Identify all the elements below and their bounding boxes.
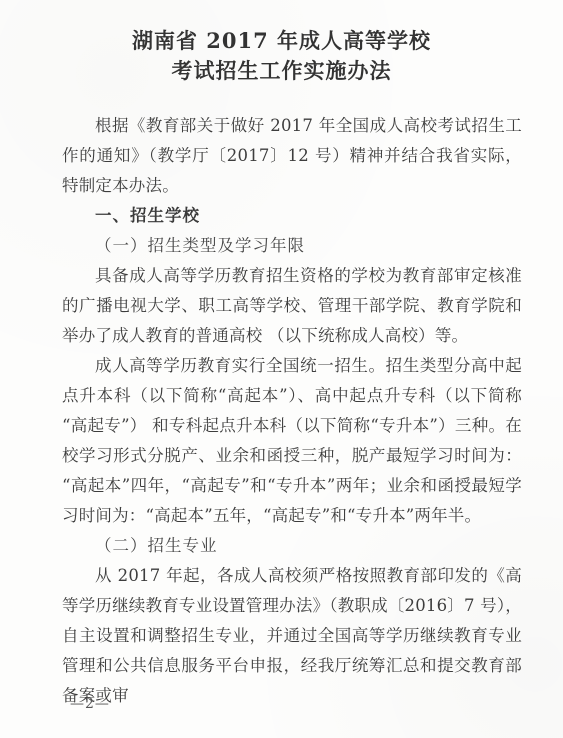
paragraph-types: 成人高等学历教育实行全国统一招生。招生类型分高中起点升本科（以下简称“高起本”）… [62, 351, 522, 531]
page-number: —2— [70, 696, 110, 712]
section-heading-1: 一、招生学校 [62, 201, 522, 231]
document-title: 湖南省 2017 年成人高等学校 考试招生工作实施办法 [40, 26, 523, 86]
document-body: 根据《教育部关于做好 2017 年全国成人高校考试招生工作的通知》（教学厅〔20… [62, 111, 522, 711]
document-page: 湖南省 2017 年成人高等学校 考试招生工作实施办法 根据《教育部关于做好 2… [0, 0, 563, 738]
paragraph-intro: 根据《教育部关于做好 2017 年全国成人高校考试招生工作的通知》（教学厅〔20… [62, 111, 522, 201]
paragraph-majors: 从 2017 年起，各成人高校须严格按照教育部印发的《高等学历继续教育专业设置管… [62, 561, 522, 711]
document-title-line2: 考试招生工作实施办法 [40, 56, 523, 86]
subsection-heading-2: （二）招生专业 [62, 531, 522, 561]
paragraph-schools: 具备成人高等学历教育招生资格的学校为教育部审定核准的广播电视大学、职工高等学校、… [62, 261, 522, 351]
document-title-line1: 湖南省 2017 年成人高等学校 [40, 26, 523, 56]
subsection-heading-1: （一）招生类型及学习年限 [62, 231, 522, 261]
